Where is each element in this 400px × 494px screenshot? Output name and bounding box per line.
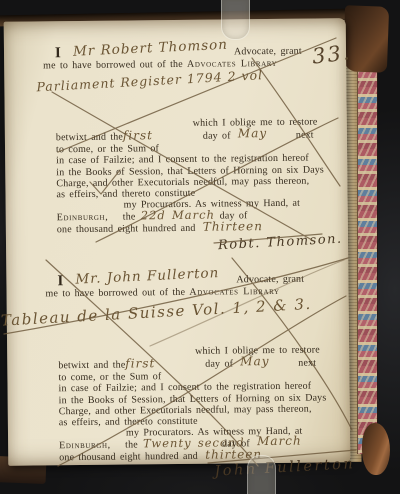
handwritten-due-day: first	[125, 356, 155, 370]
edinburgh-label: Edinburgh,	[59, 440, 111, 452]
leather-spine-tab	[362, 423, 390, 475]
handwritten-borrower-name: Mr. John Fullerton	[75, 265, 220, 288]
register-page: 33. I Mr Robert Thomson Advocate, grant …	[4, 18, 351, 466]
handwritten-due-month: May	[240, 354, 269, 368]
marbled-fore-edge	[357, 56, 378, 454]
mounting-tab-bottom	[247, 455, 276, 494]
borrowed-line: me to have borrowed out of the Advocates…	[45, 286, 279, 299]
borrow-entry-1: I Mr Robert Thomson Advocate, grant me t…	[4, 40, 348, 260]
mounting-tab-top	[221, 0, 250, 40]
edinburgh-label: Edinburgh,	[57, 212, 109, 224]
handwritten-due-day: first	[123, 128, 153, 142]
handwritten-signing-month: March	[257, 434, 302, 448]
photo-background: 33. I Mr Robert Thomson Advocate, grant …	[0, 0, 400, 494]
signature: Robt. Thomson.	[218, 232, 343, 254]
printed-grant-suffix: Advocate, grant	[234, 46, 302, 58]
handwritten-book-title: Parliament Register 1794 2 vol	[36, 67, 263, 94]
borrow-entry-2: I Mr. John Fullerton Advocate, grant me …	[6, 268, 350, 488]
handwritten-book-title: Tableau de la Suisse Vol. 1, 2 & 3.	[0, 295, 312, 330]
printed-grant-suffix: Advocate, grant	[236, 274, 304, 286]
handwritten-year: Thirteen	[203, 219, 263, 234]
handwritten-due-month: May	[238, 126, 267, 140]
library-name: Advocates Library	[189, 286, 279, 298]
handwritten-borrower-name: Mr Robert Thomson	[73, 37, 229, 60]
